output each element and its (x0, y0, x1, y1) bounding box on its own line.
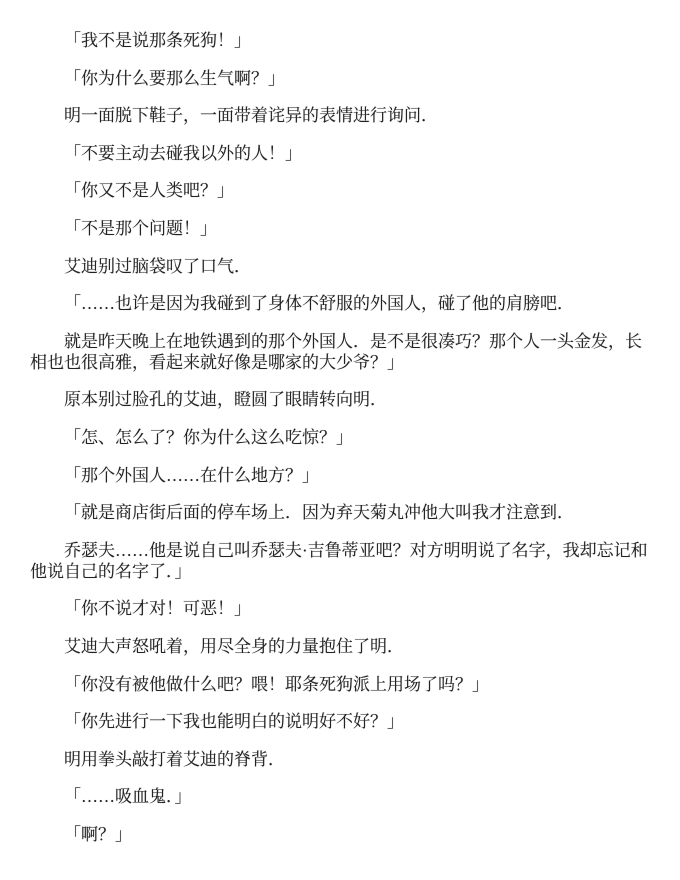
paragraph: 「你没有被他做什么吧？喂！耶条死狗派上用场了吗？」 (30, 674, 652, 695)
paragraph: 就是昨天晚上在地铁遇到的那个外国人．是不是很凑巧？那个人一头金发，长相也也很高雅… (30, 331, 652, 373)
paragraph: 「你不说才对！可恶！」 (30, 598, 652, 619)
paragraph: 「就是商店街后面的停车场上．因为弃天菊丸冲他大叫我才注意到． (30, 502, 652, 523)
paragraph: 明一面脱下鞋子，一面带着诧异的表情进行询问． (30, 105, 652, 126)
paragraph: 「你先进行一下我也能明白的说明好不好？」 (30, 711, 652, 732)
paragraph: 乔瑟夫……他是说自己叫乔瑟夫·吉鲁蒂亚吧？对方明明说了名字，我却忘记和他说自己的… (30, 540, 652, 582)
paragraph: 艾迪别过脑袋叹了口气． (30, 256, 652, 277)
paragraph: 「不要主动去碰我以外的人！」 (30, 143, 652, 164)
paragraph: 「你又不是人类吧？」 (30, 180, 652, 201)
paragraph: 「啊？」 (30, 824, 652, 845)
paragraph: 「那个外国人……在什么地方？」 (30, 465, 652, 486)
paragraph: 「不是那个问题！」 (30, 218, 652, 239)
paragraph: 「怎、怎么了？你为什么这么吃惊？」 (30, 427, 652, 448)
paragraph: 艾迪大声怒吼着，用尽全身的力量抱住了明． (30, 636, 652, 657)
paragraph: 「……也许是因为我碰到了身体不舒服的外国人，碰了他的肩膀吧． (30, 293, 652, 314)
paragraph: 「你为什么要那么生气啊？」 (30, 68, 652, 89)
novel-page: 「我不是说那条死狗！」 「你为什么要那么生气啊？」 明一面脱下鞋子，一面带着诧异… (0, 0, 680, 880)
paragraph: 「……吸血鬼．」 (30, 786, 652, 807)
paragraph: 原本别过脸孔的艾迪，瞪圆了眼睛转向明． (30, 389, 652, 410)
paragraph: 明用拳头敲打着艾迪的脊背． (30, 749, 652, 770)
paragraph: 「我不是说那条死狗！」 (30, 30, 652, 51)
